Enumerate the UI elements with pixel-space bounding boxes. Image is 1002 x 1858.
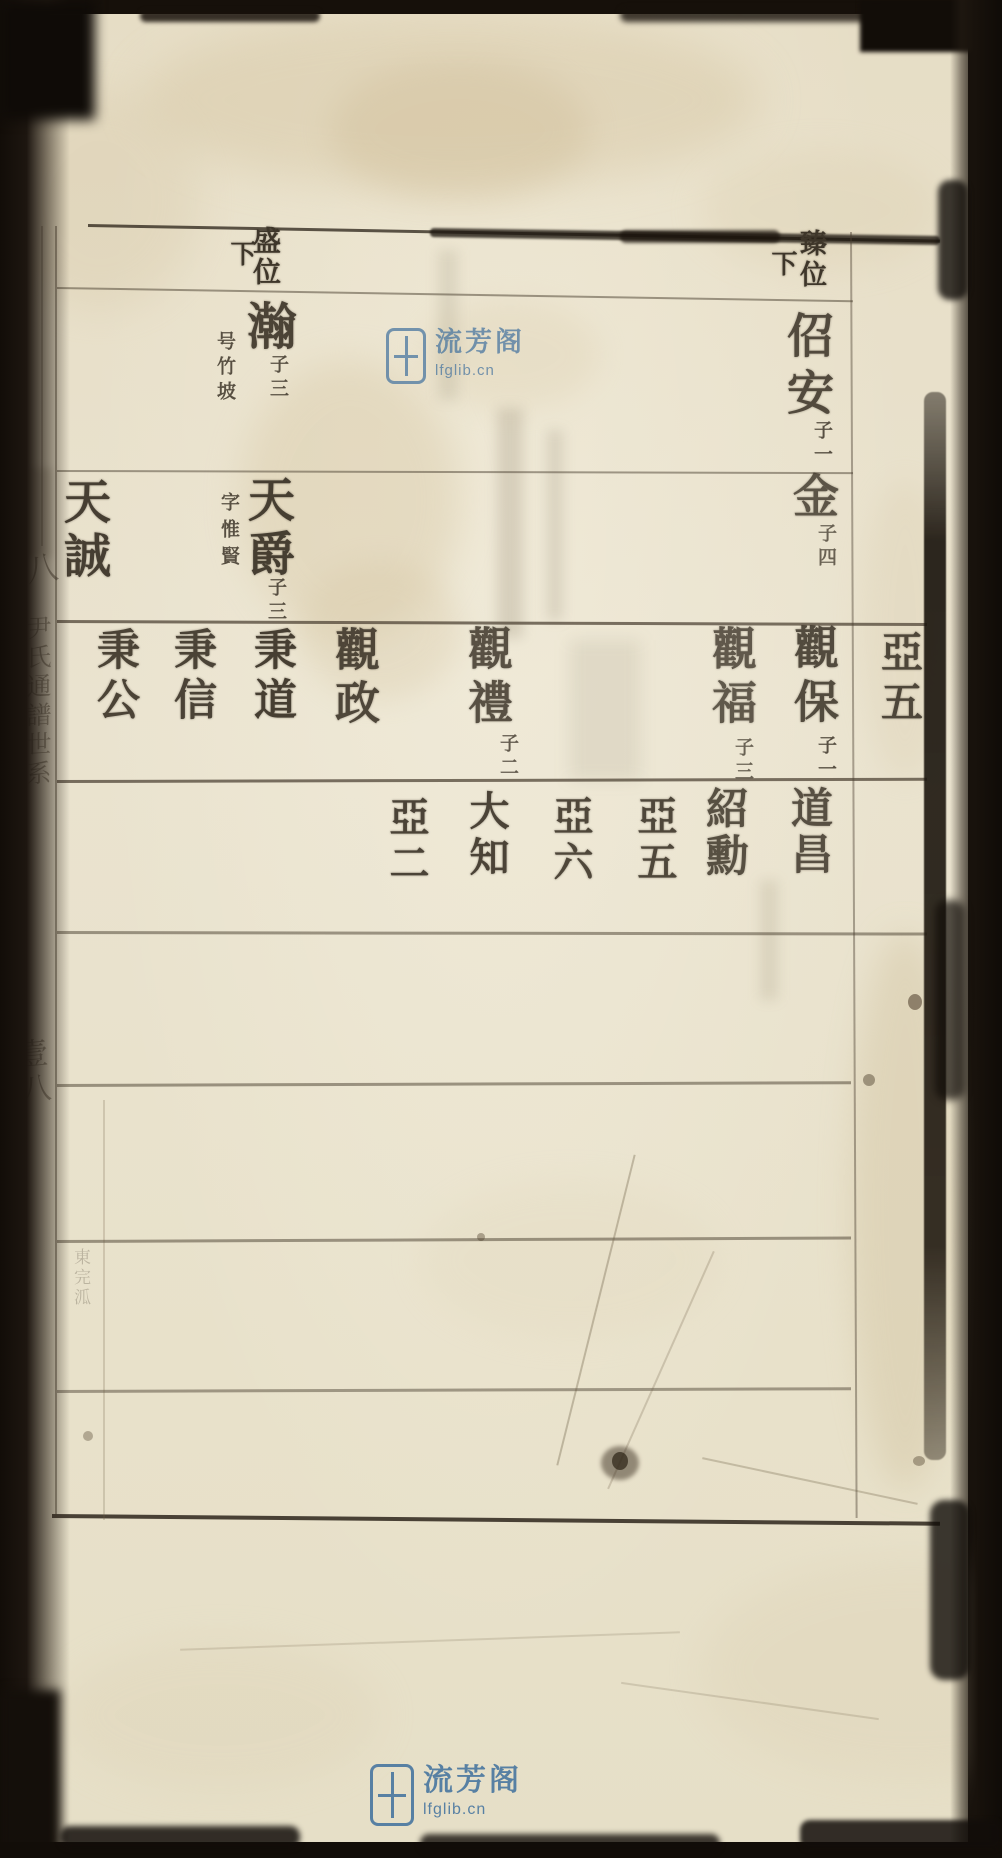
scanned-genealogy-page: { "headers": { "right": { "title": "臻位",… xyxy=(0,0,1002,1858)
generation-header-right: 臻位 xyxy=(797,229,824,291)
ancestor-name: 亞五 xyxy=(877,630,919,730)
book-icon xyxy=(370,1764,414,1826)
ghost-text-streak xyxy=(570,640,640,780)
edge-left-corner xyxy=(0,0,95,120)
watermark-brand: 流芳阁 xyxy=(423,1764,522,1797)
ancestor-name: 瀚 xyxy=(243,300,293,350)
speck xyxy=(913,1456,925,1466)
ancestor-name: 觀福 xyxy=(707,625,752,733)
watermark-brand: 流芳阁 xyxy=(435,328,525,358)
alias-note: 号竹坡 xyxy=(215,331,234,406)
ancestor-name: 秉道 xyxy=(250,627,293,727)
ancestor-name: 亞五 xyxy=(634,795,674,887)
sons-count-note: 子三 xyxy=(733,737,752,785)
watermark-text: 流芳阁 lfglib.cn xyxy=(423,1764,522,1819)
grid-top-smudge xyxy=(620,230,780,243)
watermark-site: lfglib.cn xyxy=(423,1801,522,1819)
edge-bottom-torn xyxy=(420,1834,720,1852)
edge-left-spine xyxy=(0,0,70,1858)
ancestor-name: 金 xyxy=(789,472,835,518)
sons-count-note: 子三 xyxy=(268,354,287,402)
watermark: 流芳阁 lfglib.cn xyxy=(386,328,525,384)
stain xyxy=(300,560,460,700)
speck xyxy=(83,1431,93,1441)
watermark-site: lfglib.cn xyxy=(435,362,525,379)
edge-right-torn xyxy=(935,900,965,1100)
ancestor-name: 觀禮 xyxy=(463,625,508,733)
speck xyxy=(908,994,922,1010)
alias-note: 字惟賢 xyxy=(219,492,238,573)
edge-bottom-torn xyxy=(60,1826,300,1848)
ancestor-name: 亞二 xyxy=(386,796,426,888)
stain xyxy=(60,1640,380,1790)
stain xyxy=(330,60,590,200)
sons-count-note: 子二 xyxy=(498,733,517,781)
tear-mark xyxy=(612,1452,628,1470)
ancestor-name: 亞六 xyxy=(550,795,590,887)
edge-top-torn xyxy=(620,8,880,22)
generation-header-right-marker: 下 xyxy=(769,250,795,276)
book-icon xyxy=(386,328,426,384)
edge-right-torn xyxy=(930,1500,970,1680)
speck xyxy=(863,1074,875,1086)
speck xyxy=(477,1233,485,1241)
ancestor-name: 秉公 xyxy=(93,627,136,727)
margin-note: 東完泒 xyxy=(72,1248,89,1308)
ancestor-name: 道昌 xyxy=(787,786,829,878)
generation-header-left-marker: 下 xyxy=(228,240,254,266)
ghost-text-streak xyxy=(760,880,778,1000)
edge-left-bottom-corner xyxy=(0,1690,60,1858)
watermark: 流芳阁 lfglib.cn xyxy=(370,1764,522,1826)
ghost-text-streak xyxy=(547,430,563,620)
ancestor-name: 天爵 xyxy=(243,475,290,583)
ancestor-name: 秉信 xyxy=(170,627,213,727)
ancestor-name: 佋安 xyxy=(782,311,829,425)
crease xyxy=(103,1100,105,1520)
ancestor-name: 觀保 xyxy=(789,624,834,732)
ancestor-name: 大知 xyxy=(466,790,506,882)
ancestor-name: 紹勳 xyxy=(702,786,745,880)
stain xyxy=(420,1180,720,1340)
edge-bottom-torn xyxy=(800,1820,1002,1850)
sons-count-note: 子四 xyxy=(816,523,835,571)
edge-right-torn xyxy=(938,180,968,300)
ghost-text-streak xyxy=(497,408,523,638)
watermark-text: 流芳阁 lfglib.cn xyxy=(435,328,525,379)
sons-count-note: 子三 xyxy=(266,577,285,625)
ancestor-name: 觀政 xyxy=(330,626,375,732)
sons-count-note: 子一 xyxy=(816,735,835,783)
sons-count-note: 子一 xyxy=(812,420,831,468)
edge-top-torn xyxy=(140,10,320,22)
